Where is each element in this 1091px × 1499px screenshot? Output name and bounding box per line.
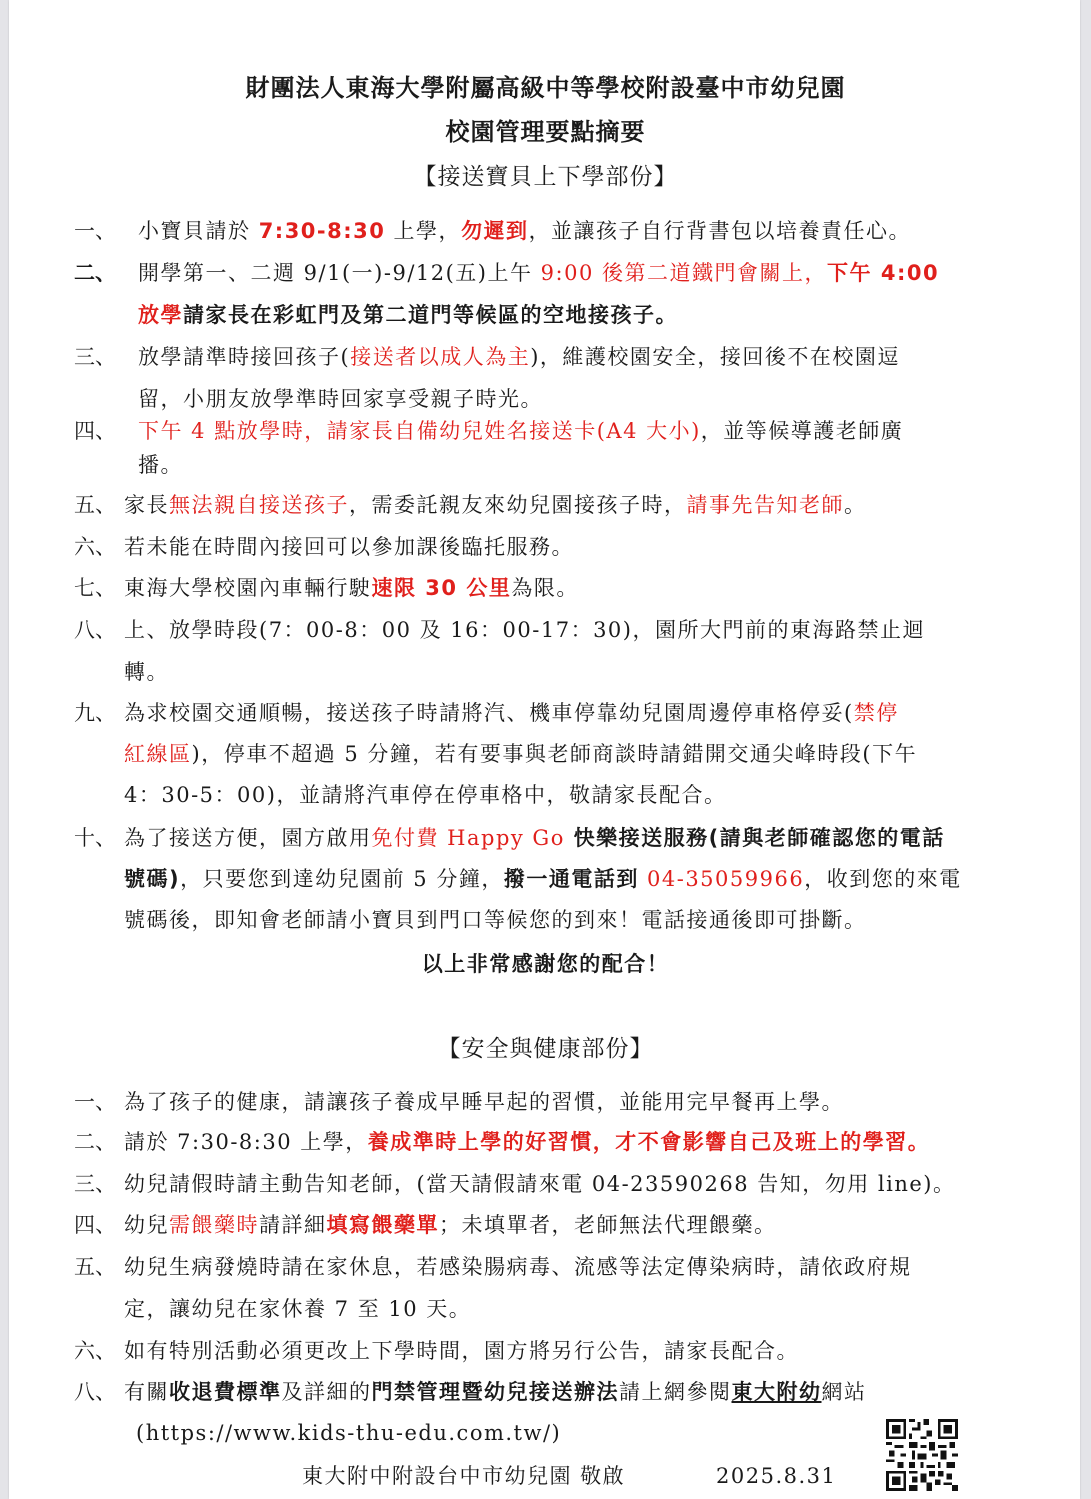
list-item-line: 若未能在時間內接回可以參加課後臨托服務。 (124, 533, 574, 561)
list-item-line: 號碼)，只要您到達幼兒園前 5 分鐘，撥一通電話到 04-35059966，收到… (124, 865, 962, 893)
list-item-line: 放學請家長在彩虹門及第二道門等候區的空地接孩子。 (138, 301, 678, 329)
text-run: 網站 (822, 1380, 867, 1404)
list-marker: 五、 (74, 491, 116, 519)
text-run: 轉。 (124, 660, 169, 684)
list-item-line: 家長無法親自接送孩子，需委託親友來幼兒園接孩子時，請事先告知老師。 (124, 491, 867, 519)
text-run: 門禁管理暨幼兒接送辦法 (372, 1380, 620, 1404)
text-run: 下午 4:00 (827, 261, 939, 285)
text-run: 紅線區 (124, 742, 192, 766)
list-item-line: 幼兒生病發燒時請在家休息，若感染腸病毒、流感等法定傳染病時，請依政府規 (124, 1253, 912, 1281)
text-run: 號碼) (124, 867, 180, 891)
list-item-line: 為求校園交通順暢，接送孩子時請將汽、機車停靠幼兒園周邊停車格停妥(禁停 (124, 699, 899, 727)
text-run: 如有特別活動必須更改上下學時間，園方將另行公告，請家長配合。 (124, 1339, 799, 1363)
document-subtitle: 校園管理要點摘要 (0, 112, 1091, 147)
text-run: 家長 (124, 493, 169, 517)
list-item-line: 轉。 (124, 658, 169, 686)
text-run: 播。 (138, 453, 183, 477)
text-run: ，並等候導護老師廣 (701, 419, 904, 443)
text-run: 免付費 Happy Go (372, 826, 565, 850)
list-marker: 四、 (74, 417, 116, 445)
text-run: 放學 (138, 303, 183, 327)
text-run: 9:00 後第二道鐵門會關上， (541, 261, 827, 285)
list-item-line: 小寶貝請於 7:30-8:30 上學，勿遲到，並讓孩子自行背書包以培養責任心。 (138, 217, 911, 245)
text-run: 幼兒請假時請主動告知老師，(當天請假請來電 04-23590268 告知，勿用 … (124, 1172, 956, 1196)
list-item-line: 放學請準時接回孩子(接送者以成人為主)，維護校園安全，接回後不在校園逗 (138, 343, 900, 371)
list-marker: 三、 (74, 1170, 116, 1198)
text-run: 東大附幼 (732, 1380, 822, 1404)
text-run: 為了孩子的健康，請讓孩子養成早睡早起的習慣，並能用完早餐再上學。 (124, 1090, 844, 1114)
list-item-line: 留，小朋友放學準時回家享受親子時光。 (138, 385, 543, 413)
text-run: 請事先告知老師 (687, 493, 845, 517)
signature: 東大附中附設台中市幼兒園 敬啟 (302, 1462, 625, 1490)
text-run: 勿遲到 (461, 219, 529, 243)
list-marker: 四、 (74, 1211, 116, 1239)
text-run: 04-35059966 (639, 867, 804, 891)
text-run: )，停車不超過 5 分鐘，若有要事與老師商談時請錯開交通尖峰時段(下午 (192, 742, 918, 766)
text-run: 請上網參閱 (619, 1380, 732, 1404)
list-marker: 七、 (74, 574, 116, 602)
text-run: 7:30-8:30 (259, 219, 386, 243)
text-run: 接送者以成人為主 (350, 345, 530, 369)
list-item-line: 請於 7:30-8:30 上學，養成準時上學的好習慣，才不會影響自己及班上的學習… (124, 1128, 930, 1156)
list-item-line: 為了孩子的健康，請讓孩子養成早睡早起的習慣，並能用完早餐再上學。 (124, 1088, 844, 1116)
text-run: 及詳細的 (282, 1380, 372, 1404)
list-item-line: (https://www.kids-thu-edu.com.tw/) (136, 1419, 561, 1447)
document-title: 財團法人東海大學附屬高級中等學校附設臺中市幼兒園 (0, 68, 1091, 103)
list-item-line: 有關收退費標準及詳細的門禁管理暨幼兒接送辦法請上網參閱東大附幼網站 (124, 1378, 867, 1406)
list-marker: 十、 (74, 824, 116, 852)
text-run: 請家長在彩虹門及第二道門等候區的空地接孩子。 (183, 303, 678, 327)
list-marker: 九、 (74, 699, 116, 727)
text-run: 收退費標準 (169, 1380, 282, 1404)
list-marker: 二、 (74, 259, 116, 287)
list-item-line: 號碼後，即知會老師請小寶貝到門口等候您的到來！電話接通後即可掛斷。 (124, 906, 867, 934)
text-run: ，並讓孩子自行背書包以培養責任心。 (529, 219, 912, 243)
list-item-line: 幼兒請假時請主動告知老師，(當天請假請來電 04-23590268 告知，勿用 … (124, 1170, 956, 1198)
text-run: (https://www.kids-thu-edu.com.tw/) (136, 1421, 561, 1445)
list-marker: 一、 (74, 217, 116, 245)
text-run: 上學， (385, 219, 461, 243)
list-item-line: 紅線區)，停車不超過 5 分鐘，若有要事與老師商談時請錯開交通尖峰時段(下午 (124, 740, 917, 768)
section-heading-pickup: 【接送寶貝上下學部份】 (0, 158, 1091, 191)
qr-code-icon[interactable] (886, 1418, 958, 1492)
text-run: 放學請準時接回孩子( (138, 345, 350, 369)
list-item-line: 下午 4 點放學時，請家長自備幼兒姓名接送卡(A4 大小)，並等候導護老師廣 (138, 417, 903, 445)
text-run: 東海大學校園內車輛行駛 (124, 576, 372, 600)
text-run: 開學第一、二週 9/1(一)-9/12(五)上午 (138, 261, 541, 285)
list-marker: 八、 (74, 1378, 116, 1406)
text-run: 幼兒生病發燒時請在家休息，若感染腸病毒、流感等法定傳染病時，請依政府規 (124, 1255, 912, 1279)
text-run: 禁停 (854, 701, 899, 725)
text-run: 速限 30 公里 (372, 576, 512, 600)
text-run: 4：30-5：00)，並請將汽車停在停車格中，敬請家長配合。 (124, 783, 726, 807)
text-run: 上、放學時段(7：00-8：00 及 16：00-17：30)，園所大門前的東海… (124, 618, 925, 642)
list-item-line: 開學第一、二週 9/1(一)-9/12(五)上午 9:00 後第二道鐵門會關上，… (138, 259, 939, 287)
text-run: )，維護校園安全，接回後不在校園逗 (530, 345, 900, 369)
text-run: 幼兒 (124, 1213, 169, 1237)
list-item-line: 定，讓幼兒在家休養 7 至 10 天。 (124, 1295, 471, 1323)
text-run: 小寶貝請於 (138, 219, 259, 243)
text-run: 養成準時上學的好習慣，才不會影響自己及班上的學習。 (368, 1130, 931, 1154)
text-run: 為了接送方便，園方啟用 (124, 826, 372, 850)
list-item-line: 東海大學校園內車輛行駛速限 30 公里為限。 (124, 574, 579, 602)
list-marker: 三、 (74, 343, 116, 371)
list-marker: 六、 (74, 533, 116, 561)
list-marker: 五、 (74, 1253, 116, 1281)
list-item-line: 如有特別活動必須更改上下學時間，園方將另行公告，請家長配合。 (124, 1337, 799, 1365)
text-run: ，需委託親友來幼兒園接孩子時， (349, 493, 687, 517)
text-run: 。 (844, 493, 867, 517)
list-item-line: 4：30-5：00)，並請將汽車停在停車格中，敬請家長配合。 (124, 781, 726, 809)
list-marker: 六、 (74, 1337, 116, 1365)
thanks-note: 以上非常感謝您的配合！ (0, 950, 1091, 978)
text-run: 號碼後，即知會老師請小寶貝到門口等候您的到來！電話接通後即可掛斷。 (124, 908, 867, 932)
document-date: 2025.8.31 (716, 1462, 836, 1490)
text-run: 為限。 (511, 576, 579, 600)
list-item-line: 播。 (138, 451, 183, 479)
list-marker: 一、 (74, 1088, 116, 1116)
section-heading-safety: 【安全與健康部份】 (0, 1030, 1091, 1063)
text-run: 請詳細 (259, 1213, 327, 1237)
text-run: ，收到您的來電 (804, 867, 962, 891)
list-marker: 八、 (74, 616, 116, 644)
text-run: 需餵藥時 (169, 1213, 259, 1237)
text-run: 為求校園交通順暢，接送孩子時請將汽、機車停靠幼兒園周邊停車格停妥( (124, 701, 854, 725)
text-run: 請於 7:30-8:30 上學， (124, 1130, 368, 1154)
text-run: 無法親自接送孩子 (169, 493, 349, 517)
text-run: 定，讓幼兒在家休養 7 至 10 天。 (124, 1297, 471, 1321)
text-run: 填寫餵藥單 (327, 1213, 440, 1237)
text-run: 留，小朋友放學準時回家享受親子時光。 (138, 387, 543, 411)
list-item-line: 上、放學時段(7：00-8：00 及 16：00-17：30)，園所大門前的東海… (124, 616, 925, 644)
text-run: 若未能在時間內接回可以參加課後臨托服務。 (124, 535, 574, 559)
text-run: ，只要您到達幼兒園前 5 分鐘， (180, 867, 504, 891)
text-run: 下午 4 點放學時，請家長自備幼兒姓名接送卡(A4 大小) (138, 419, 701, 443)
text-run: 有關 (124, 1380, 169, 1404)
text-run: 快樂接送服務(請與老師確認您的電話 (565, 826, 945, 850)
list-marker: 二、 (74, 1128, 116, 1156)
list-item-line: 為了接送方便，園方啟用免付費 Happy Go 快樂接送服務(請與老師確認您的電… (124, 824, 945, 852)
text-run: 撥一通電話到 (504, 867, 639, 891)
list-item-line: 幼兒需餵藥時請詳細填寫餵藥單；未填單者，老師無法代理餵藥。 (124, 1211, 777, 1239)
text-run: ；未填單者，老師無法代理餵藥。 (439, 1213, 777, 1237)
